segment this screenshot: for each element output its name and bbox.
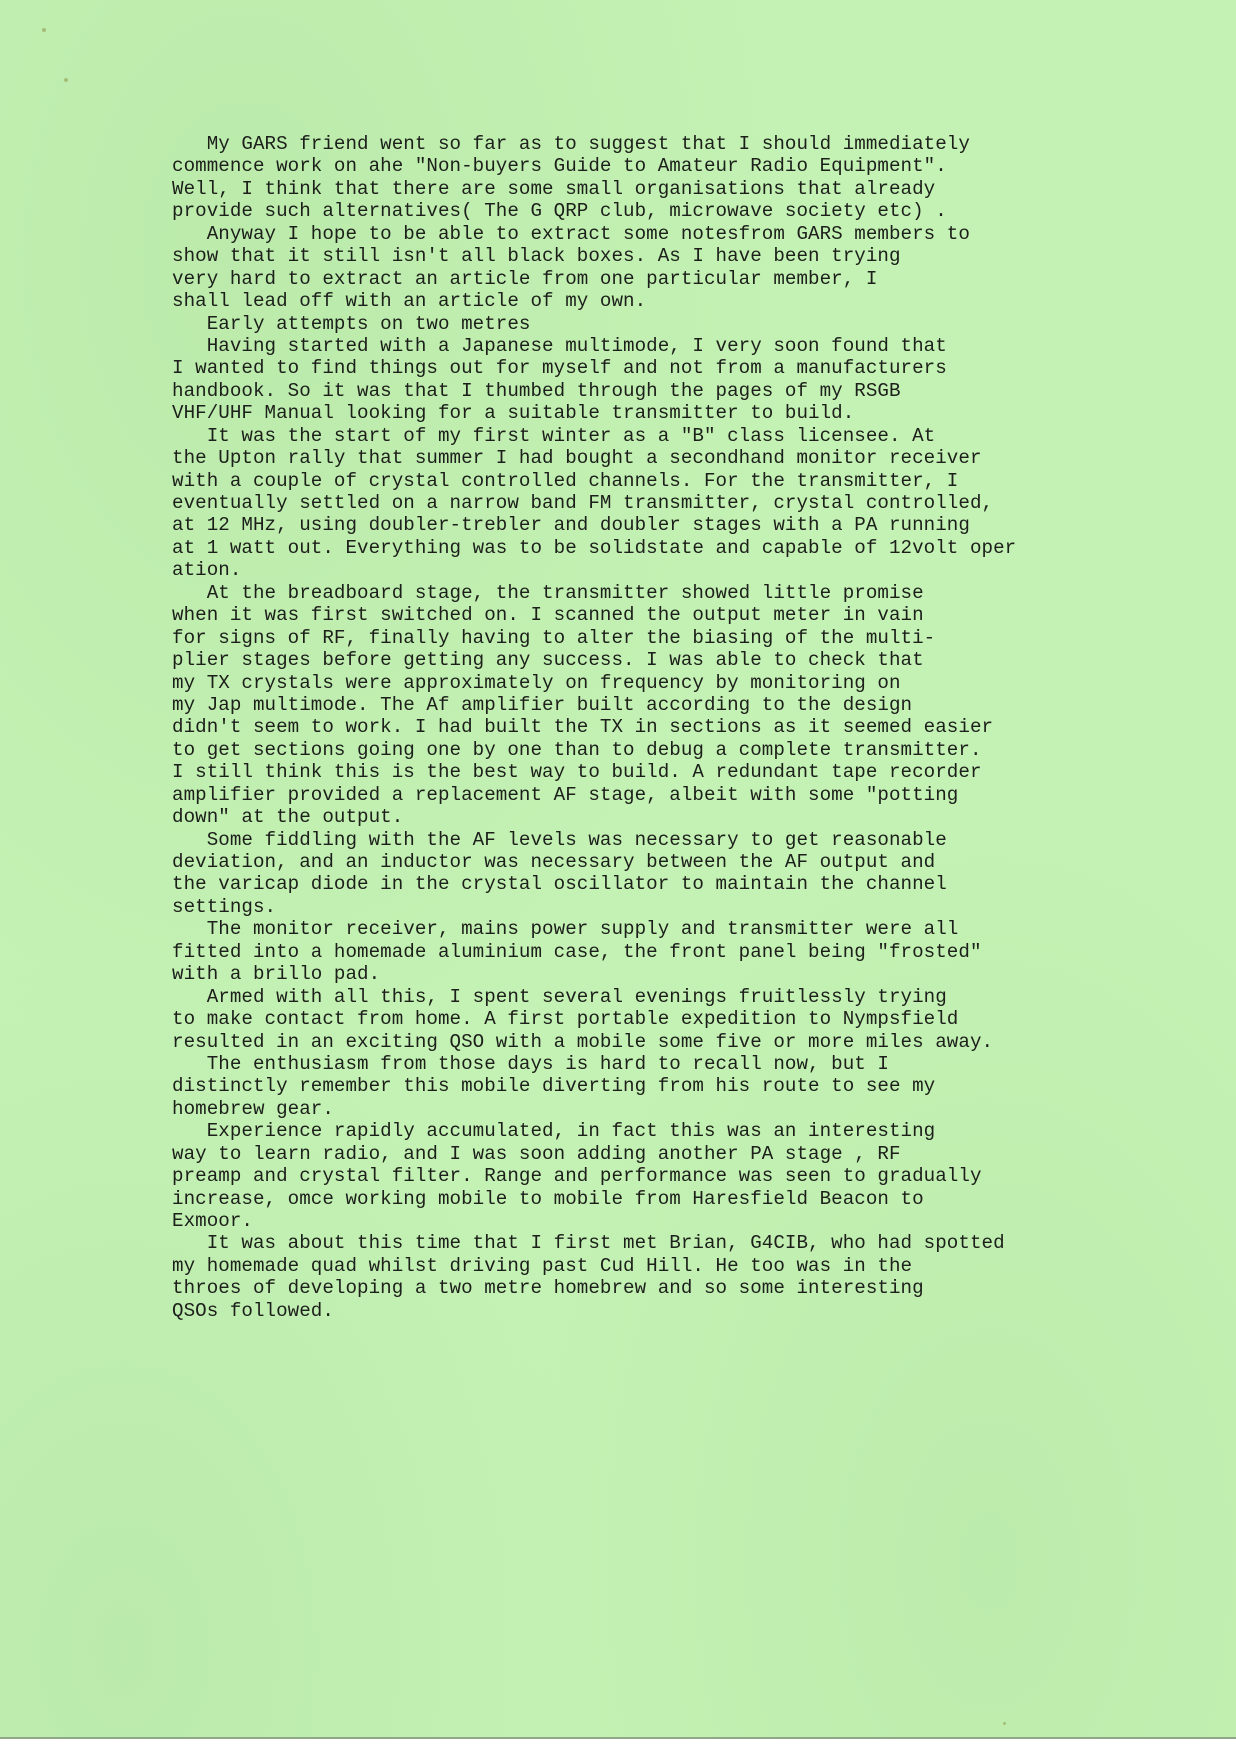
text-line: eventually settled on a narrow band FM t… (172, 492, 1222, 514)
text-line: Experience rapidly accumulated, in fact … (172, 1120, 1222, 1142)
text-line: increase, omce working mobile to mobile … (172, 1188, 1222, 1210)
text-line: with a couple of crystal controlled chan… (172, 470, 1222, 492)
text-line: my Jap multimode. The Af amplifier built… (172, 694, 1222, 716)
typed-article-body: My GARS friend went so far as to suggest… (172, 133, 1222, 1322)
text-line: when it was first switched on. I scanned… (172, 604, 1222, 626)
text-line: It was about this time that I first met … (172, 1232, 1222, 1254)
text-line: deviation, and an inductor was necessary… (172, 851, 1222, 873)
text-line: I still think this is the best way to bu… (172, 761, 1222, 783)
text-line: The monitor receiver, mains power supply… (172, 918, 1222, 940)
text-line: at 12 MHz, using doubler-trebler and dou… (172, 514, 1222, 536)
text-line: The enthusiasm from those days is hard t… (172, 1053, 1222, 1075)
text-line: Anyway I hope to be able to extract some… (172, 223, 1222, 245)
text-line: handbook. So it was that I thumbed throu… (172, 380, 1222, 402)
text-line: to get sections going one by one than to… (172, 739, 1222, 761)
text-line: settings. (172, 896, 1222, 918)
text-line: commence work on ahe "Non-buyers Guide t… (172, 155, 1222, 177)
text-line: Having started with a Japanese multimode… (172, 335, 1222, 357)
text-line: shall lead off with an article of my own… (172, 290, 1222, 312)
text-line: I wanted to find things out for myself a… (172, 357, 1222, 379)
text-line: Armed with all this, I spent several eve… (172, 986, 1222, 1008)
text-line: Exmoor. (172, 1210, 1222, 1232)
text-line: homebrew gear. (172, 1098, 1222, 1120)
text-line: fitted into a homemade aluminium case, t… (172, 941, 1222, 963)
text-line: way to learn radio, and I was soon addin… (172, 1143, 1222, 1165)
text-line: down" at the output. (172, 806, 1222, 828)
text-line: resulted in an exciting QSO with a mobil… (172, 1031, 1222, 1053)
text-line: didn't seem to work. I had built the TX … (172, 716, 1222, 738)
text-line: Well, I think that there are some small … (172, 178, 1222, 200)
text-line: preamp and crystal filter. Range and per… (172, 1165, 1222, 1187)
text-line: distinctly remember this mobile divertin… (172, 1075, 1222, 1097)
text-line: the Upton rally that summer I had bought… (172, 447, 1222, 469)
text-line: Early attempts on two metres (172, 313, 1222, 335)
text-line: Some fiddling with the AF levels was nec… (172, 829, 1222, 851)
text-line: at 1 watt out. Everything was to be soli… (172, 537, 1222, 559)
text-line: amplifier provided a replacement AF stag… (172, 784, 1222, 806)
text-line: my homemade quad whilst driving past Cud… (172, 1255, 1222, 1277)
text-line: It was the start of my first winter as a… (172, 425, 1222, 447)
paper-page: My GARS friend went so far as to suggest… (0, 0, 1236, 1739)
text-line: VHF/UHF Manual looking for a suitable tr… (172, 402, 1222, 424)
text-line: show that it still isn't all black boxes… (172, 245, 1222, 267)
text-line: for signs of RF, finally having to alter… (172, 627, 1222, 649)
text-line: provide such alternatives( The G QRP clu… (172, 200, 1222, 222)
text-line: the varicap diode in the crystal oscilla… (172, 873, 1222, 895)
text-line: plier stages before getting any success.… (172, 649, 1222, 671)
paper-speck (1003, 1722, 1006, 1725)
text-line: throes of developing a two metre homebre… (172, 1277, 1222, 1299)
text-line: to make contact from home. A first porta… (172, 1008, 1222, 1030)
text-line: very hard to extract an article from one… (172, 268, 1222, 290)
text-line: QSOs followed. (172, 1300, 1222, 1322)
text-line: ation. (172, 559, 1222, 581)
paper-speck (64, 78, 68, 82)
text-line: My GARS friend went so far as to suggest… (172, 133, 1222, 155)
paper-speck (42, 28, 46, 32)
text-line: my TX crystals were approximately on fre… (172, 672, 1222, 694)
text-line: with a brillo pad. (172, 963, 1222, 985)
text-line: At the breadboard stage, the transmitter… (172, 582, 1222, 604)
